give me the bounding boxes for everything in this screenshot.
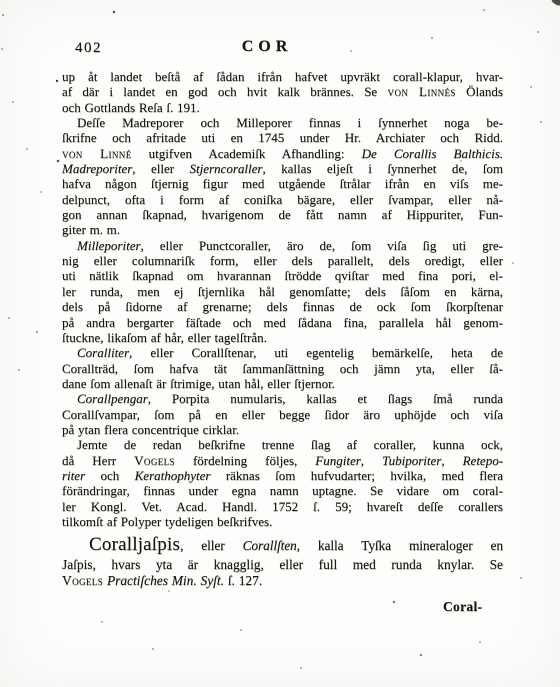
- body-text: Corallſvampar, ſom på en eller begge ſid…: [62, 407, 503, 422]
- scan-speckles: [0, 0, 2, 2]
- body-text: ,: [441, 453, 462, 468]
- paragraph: Milleporiter, eller Punctcoraller, äro d…: [62, 238, 503, 345]
- paragraph: up åt landet beſtå af ſådan ifrån hafvet…: [62, 69, 503, 115]
- body-text: Deſſe Madreporer och Milleporer finnas i…: [77, 115, 503, 130]
- italic-text: Corallſten: [243, 538, 297, 553]
- text-line: Coralljaſpis, eller Corallſten, kalla Ty…: [62, 534, 503, 557]
- italic-text: Fungiter: [315, 453, 361, 468]
- text-line: Milleporiter, eller Punctcoraller, äro d…: [62, 238, 503, 253]
- body-text: ſkrifne och afritade uti en 1745 under H…: [62, 130, 503, 145]
- body-text: tilkomſt af Polyper tydeligen beſkrifves…: [62, 514, 272, 529]
- paragraph: Corallpengar, Porpita numularis, kallas …: [62, 391, 503, 437]
- body-text: , eller: [132, 161, 189, 176]
- text-line: ſtuckne, likaſom af hår, eller tagelſtrå…: [62, 330, 503, 345]
- body-text: Ölands: [456, 84, 503, 99]
- body-text: , eller Corallſtenar, uti egentelig bemä…: [129, 345, 503, 360]
- text-line: dels på ſidorne af grenarne; dels finnas…: [62, 299, 503, 314]
- body-text: , kallas eljeſt i ſynnerhet de, ſom: [262, 161, 503, 176]
- italic-text: De Corallis Balthicis.: [362, 146, 503, 161]
- paragraph: Coralliter, eller Corallſtenar, uti egen…: [62, 345, 503, 391]
- body-text: och: [85, 468, 135, 483]
- text-line: på ytan flera concentrique cirklar.: [62, 422, 503, 437]
- scan-corner-mark: [551, 0, 560, 8]
- italic-text: Kerathophyter: [135, 468, 211, 483]
- catchword: Coral-: [443, 599, 482, 615]
- book-page-scan: 402 COR up åt landet beſtå af ſådan ifrå…: [0, 0, 560, 687]
- body-text: ſtuckne, likaſom af hår, eller tagelſtrå…: [62, 330, 267, 345]
- text-line: tilkomſt af Polyper tydeligen beſkrifves…: [62, 514, 503, 529]
- body-text: af där i landet en god och hvit kalk brä…: [62, 84, 388, 99]
- text-line: af där i landet en god och hvit kalk brä…: [62, 84, 503, 99]
- text-line: gon annan ſkapnad, hvarigenom de fått na…: [62, 207, 503, 222]
- text-block: up åt landet beſtå af ſådan ifrån hafvet…: [62, 69, 503, 589]
- text-line: giter m. m.: [62, 222, 503, 237]
- body-text: ler Kongl. Vet. Acad. Handl. 1752 ſ. 59;…: [62, 499, 503, 514]
- paragraph: Jemte de redan beſkrifne trenne ſlag af …: [62, 437, 503, 529]
- text-line: ler Kongl. Vet. Acad. Handl. 1752 ſ. 59;…: [62, 499, 503, 514]
- italic-text: Madreporiter: [62, 161, 132, 176]
- italic-text: riter: [62, 468, 85, 483]
- text-line: förändringar, finnas under egna namn upt…: [62, 483, 503, 498]
- text-line: på andra bergarter fäſtade och med ſådan…: [62, 315, 503, 330]
- body-text: ſ. 127.: [224, 573, 262, 588]
- body-text: förändringar, finnas under egna namn upt…: [62, 483, 503, 498]
- paragraph: Deſſe Madreporer och Milleporer finnas i…: [62, 115, 503, 238]
- text-line: hafva någon ſtjernig figur med utgående …: [62, 176, 503, 191]
- running-header: COR: [242, 38, 293, 56]
- body-text: Jemte de redan beſkrifne trenne ſlag af …: [77, 437, 503, 452]
- body-text: fördelning följes,: [175, 453, 315, 468]
- text-line: Deſſe Madreporer och Milleporer finnas i…: [62, 115, 503, 130]
- text-line: Madreporiter, eller Stjerncoraller, kall…: [62, 161, 503, 176]
- dictionary-entry: Coralljaſpis, eller Corallſten, kalla Ty…: [62, 534, 503, 589]
- text-line: Jemte de redan beſkrifne trenne ſlag af …: [62, 437, 503, 452]
- body-text: , eller: [180, 538, 243, 553]
- body-text: , eller Punctcoraller, äro de, ſom viſa …: [141, 238, 503, 253]
- italic-text: Corallpengar: [77, 391, 148, 406]
- body-text: Jaſpis, hvars yta är knagglig, eller ful…: [62, 557, 503, 572]
- text-line: då Herr Vogels fördelning följes, Fungit…: [62, 453, 503, 468]
- body-text: up åt landet beſtå af ſådan ifrån hafvet…: [62, 69, 503, 84]
- text-line: up åt landet beſtå af ſådan ifrån hafvet…: [62, 69, 503, 84]
- body-text: uti nätlik ſkapnad om hvarannan ſtrödde …: [62, 268, 503, 283]
- text-line: riter och Kerathophyter räknas ſom hufvu…: [62, 468, 503, 483]
- smallcaps-name: Vogels: [134, 453, 175, 468]
- text-line: delpunct, ofta i form af coniſka bägare,…: [62, 192, 503, 207]
- text-line: Coralliter, eller Corallſtenar, uti egen…: [62, 345, 503, 360]
- italic-text: Retepo-: [463, 453, 503, 468]
- body-text: och Gottlands Reſa ſ. 191.: [62, 100, 200, 115]
- body-text: gon annan ſkapnad, hvarigenom de fått na…: [62, 207, 503, 222]
- body-text: nig eller columnariſk form, eller dels p…: [62, 253, 503, 268]
- italic-text: Milleporiter: [77, 238, 141, 253]
- body-text: dane ſom allenaſt är ſtrimige, utan hål,…: [62, 376, 335, 391]
- text-line: Corallpengar, Porpita numularis, kallas …: [62, 391, 503, 406]
- body-text: , Porpita numularis, kallas et ſlags ſmå…: [148, 391, 503, 406]
- text-line: von Linné utgifven Academiſk Afhandling:…: [62, 146, 503, 161]
- smallcaps-name: von Linnés: [388, 84, 456, 99]
- smallcaps-name: von Linné: [62, 146, 132, 161]
- italic-text: Practiſches Min. Syſt.: [107, 573, 224, 588]
- text-line: Corallſvampar, ſom på en eller begge ſid…: [62, 407, 503, 422]
- body-text: delpunct, ofta i form af coniſka bägare,…: [62, 192, 503, 207]
- text-line: och Gottlands Reſa ſ. 191.: [62, 100, 503, 115]
- text-line: uti nätlik ſkapnad om hvarannan ſtrödde …: [62, 268, 503, 283]
- body-text: , kalla Tyſka mineraloger en: [297, 538, 503, 553]
- smallcaps-name: Vogels: [62, 573, 103, 588]
- text-line: Jaſpis, hvars yta är knagglig, eller ful…: [62, 557, 503, 573]
- italic-text: Stjerncoraller: [190, 161, 263, 176]
- body-text: ler runda, men ej ſtjernlika hål genomſa…: [62, 284, 503, 299]
- italic-text: Tubiporiter: [382, 453, 441, 468]
- italic-text: Coralliter: [77, 345, 129, 360]
- entry-headword: Coralljaſpis: [89, 534, 180, 555]
- body-text: räknas ſom hufvudarter; hvilka, med fler…: [210, 468, 503, 483]
- body-text: dels på ſidorne af grenarne; dels finnas…: [62, 299, 503, 314]
- body-text: giter m. m.: [62, 222, 120, 237]
- body-text: på ytan flera concentrique cirklar.: [62, 422, 239, 437]
- body-text: då Herr: [62, 453, 134, 468]
- body-text: utgifven Academiſk Afhandling:: [132, 146, 362, 161]
- text-line: dane ſom allenaſt är ſtrimige, utan hål,…: [62, 376, 503, 391]
- body-text: hafva någon ſtjernig figur med utgående …: [62, 176, 503, 191]
- body-text: ,: [361, 453, 382, 468]
- body-text: på andra bergarter fäſtade och med ſådan…: [62, 315, 503, 330]
- text-line: Vogels Practiſches Min. Syſt. ſ. 127.: [62, 573, 503, 589]
- body-text: Corallträd, ſom hafva tät ſammanſättning…: [62, 361, 503, 376]
- text-line: nig eller columnariſk form, eller dels p…: [62, 253, 503, 268]
- text-line: ler runda, men ej ſtjernlika hål genomſa…: [62, 284, 503, 299]
- text-line: Corallträd, ſom hafva tät ſammanſättning…: [62, 361, 503, 376]
- page-number: 402: [75, 40, 102, 57]
- text-line: ſkrifne och afritade uti en 1745 under H…: [62, 130, 503, 145]
